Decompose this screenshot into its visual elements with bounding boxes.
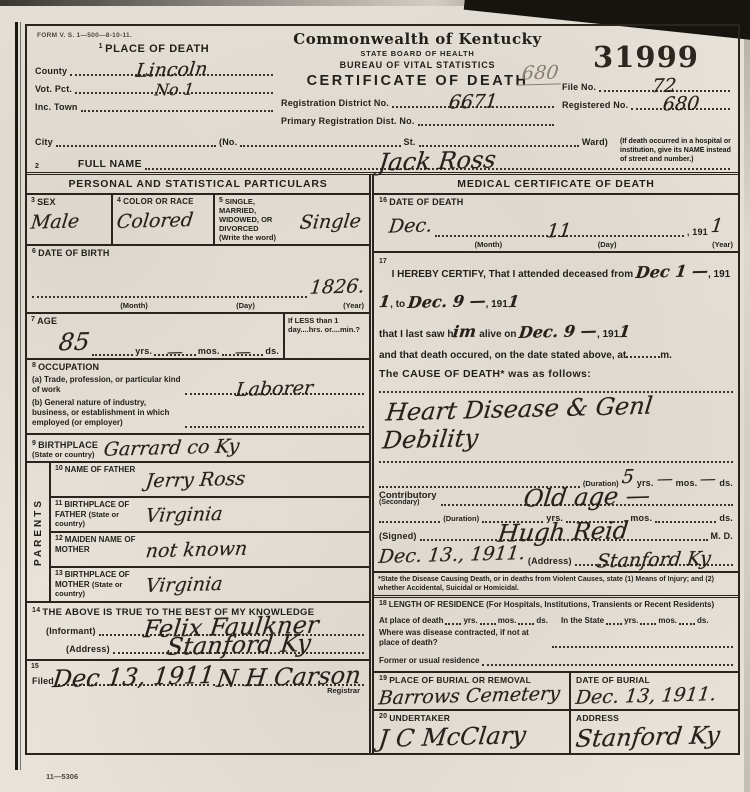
inc-town-label: Inc. Town [35, 102, 78, 112]
dotted-line: — [154, 341, 196, 356]
dob-line: 1826. [32, 276, 364, 298]
former-residence-row: Former or usual residence [379, 651, 733, 666]
city-st-label: St. [404, 137, 416, 147]
dotted-line [518, 613, 534, 625]
dotted-line: Stanford Ky [575, 551, 733, 566]
precinct-value: No 1 [153, 79, 194, 99]
undertaker-cell: 20UNDERTAKER J C McClary [374, 711, 569, 753]
dotted-line: Lincoln [70, 61, 273, 76]
section-number: 19 [379, 675, 387, 682]
former-residence-label: Former or usual residence [379, 656, 479, 666]
informant-section: 14THE ABOVE IS TRUE TO THE BEST OF MY KN… [27, 603, 369, 661]
age-line: 85 yrs. — mos. — ds. [31, 328, 279, 356]
spacer [148, 301, 236, 310]
date-of-death-row: 16DATE OF DEATH Dec. 11 , 191 1 (Month) … [374, 195, 738, 253]
dotted-line: 680 [631, 95, 730, 110]
dotted-line [32, 283, 307, 298]
dotted-line [81, 97, 273, 112]
certificate-serial-number: 31999 [562, 40, 730, 74]
md-label: M. D. [711, 531, 734, 541]
mother-birthplace-cell: Virginia [146, 568, 369, 601]
contributory-row: Contributory (Secondary) Old age — [379, 490, 733, 506]
form-header: FORM V. S. 1—500—8-10-11. 1PLACE OF DEAT… [27, 26, 738, 170]
father-name-label: 10NAME OF FATHER [51, 463, 146, 496]
scan-artifact-right-edge [744, 0, 750, 792]
mos-label: mos. [658, 616, 677, 625]
dotted-line [655, 508, 716, 523]
signed-date-value: Dec. 13., 1911. [377, 542, 526, 568]
marital-cell: 5SINGLE, MARRIED, WIDOWED, OR DIVORCED (… [215, 195, 369, 244]
spacer [617, 240, 713, 249]
registered-no-label: Registered No. [562, 100, 628, 110]
dotted-line [482, 651, 733, 666]
father-name-cell: Jerry Ross [146, 463, 369, 496]
dotted-line [379, 508, 440, 523]
birthplace-labels: 9BIRTHPLACE (State or country) [32, 440, 98, 459]
signed-address-value: Stanford Ky [596, 548, 713, 573]
contributory-value: Old age — [522, 481, 651, 512]
dotted-line [640, 613, 656, 625]
registration-district-row: Registration District No. 6671 [281, 93, 554, 108]
place-of-death-label: PLACE OF DEATH [105, 43, 209, 55]
birthplace-row: 9BIRTHPLACE (State or country) Garrard c… [27, 435, 369, 463]
section-number: 5 [219, 197, 223, 204]
dotted-line [419, 132, 579, 147]
section-number: 6 [32, 248, 36, 255]
day-label: (Day) [236, 301, 255, 310]
contributory-labels: Contributory (Secondary) [379, 490, 437, 506]
mother-birthplace-label: 13BIRTHPLACE OF MOTHER (State or country… [51, 568, 146, 601]
in-the-state-item: In the State yrs. mos. ds. [561, 613, 733, 625]
disease-contracted-label: Where was disease contracted, if not at … [379, 628, 549, 648]
dotted-line: Old age — [441, 491, 733, 506]
race-cell: 4COLOR OR RACE Colored [113, 195, 215, 244]
father-birthplace-value: Virginia [145, 503, 224, 527]
last-saw-mid: alive on [479, 329, 516, 340]
place-of-burial-cell: 19PLACE OF BURIAL OR REMOVAL Barrows Cem… [374, 673, 569, 709]
medical-certificate-title: MEDICAL CERTIFICATE OF DEATH [374, 175, 738, 195]
informant-address-value: Stanford Ky [165, 629, 312, 661]
dotted-line: No 1 [75, 79, 273, 94]
parents-fields: 10NAME OF FATHER Jerry Ross 11BIRTHPLACE… [51, 463, 369, 601]
dotted-line [445, 613, 461, 625]
mos-label: mos. [630, 513, 652, 523]
dotted-line [552, 633, 733, 648]
section-number: 2 [35, 163, 39, 170]
certification-text: 17 I HEREBY CERTIFY, That I attended dec… [379, 255, 733, 366]
section-number: 9 [32, 440, 36, 447]
year-printed: , 191 [486, 299, 508, 310]
length-of-residence-section: 18LENGTH OF RESIDENCE (For Hospitals, In… [374, 598, 738, 673]
filed-line: Filed Dec 13, 1911 N H Carson [32, 671, 364, 686]
header-grid: FORM V. S. 1—500—8-10-11. 1PLACE OF DEAT… [35, 30, 730, 129]
father-birthplace-row: 11BIRTHPLACE OF FATHER (State or country… [51, 498, 369, 533]
signed-label: (Signed) [379, 531, 417, 541]
form-number-note: FORM V. S. 1—500—8-10-11. [37, 32, 273, 39]
race-value: Colored [116, 209, 195, 233]
last-saw-pre: that I last saw h [379, 329, 453, 340]
city-ward-label: Ward) [582, 137, 608, 147]
age-label: 7AGE [31, 316, 279, 326]
at-place-label: At place of death [379, 616, 443, 625]
section-number: 4 [117, 197, 121, 204]
certificate-form: FORM V. S. 1—500—8-10-11. 1PLACE OF DEAT… [25, 24, 740, 755]
dotted-line [240, 132, 400, 147]
scan-artifact-left-edge [15, 22, 18, 770]
ds-label: ds. [719, 478, 733, 488]
parents-side-label: PARENTS [27, 463, 51, 601]
dotted-line: Dec 13, 1911 [58, 671, 209, 686]
dotted-line: N H Carson [213, 671, 364, 686]
header-left: FORM V. S. 1—500—8-10-11. 1PLACE OF DEAT… [35, 30, 273, 129]
mother-name-cell: not known [146, 533, 369, 566]
day-label: (Day) [598, 240, 617, 249]
occupation-label: 8OCCUPATION [32, 362, 364, 372]
signed-date-address-row: Dec. 13., 1911. (Address) Stanford Ky [379, 544, 733, 566]
at-place-of-death-item: At place of death yrs. mos. ds. [379, 613, 551, 625]
mother-name-value: not known [145, 537, 249, 562]
filed-date-value: Dec 13, 1911 [51, 661, 216, 693]
mother-birthplace-value: Virginia [145, 573, 224, 597]
registrar-signature: N H Carson [215, 661, 362, 693]
month-label: (Month) [475, 240, 502, 249]
last-year-suffix: 1 [617, 315, 632, 349]
spacer [255, 301, 343, 310]
dotted-line [606, 613, 622, 625]
signed-address-label: (Address) [528, 556, 572, 566]
undertaker-address-cell: ADDRESS Stanford Ky [569, 711, 738, 753]
age-months-dash: — [166, 342, 184, 361]
certificate-title: CERTIFICATE OF DEATH [307, 73, 529, 89]
death-day-value: 11 [546, 220, 573, 243]
informant-label: (Informant) [46, 626, 96, 636]
signed-row: (Signed) Hugh Reid M. D. [379, 526, 733, 541]
county-row: County Lincoln [35, 61, 273, 76]
informant-address-label: (Address) [66, 644, 110, 654]
primary-registration-label: Primary Registration Dist. No. [281, 116, 415, 126]
age-less-than-day-note: If LESS than 1 day....hrs. or....min.? [283, 314, 369, 358]
death-month-value: Dec. [388, 214, 434, 237]
attended-from-value: Dec 1 — [634, 254, 710, 289]
dotted-line: Hugh Reid [420, 526, 708, 541]
file-no-row: File No. 72 [562, 77, 730, 92]
date-of-death-line: Dec. 11 , 191 1 [379, 215, 733, 237]
dob-value: 1826. [308, 275, 365, 298]
dotted-line [480, 613, 496, 625]
occupation-a-label: (a) Trade, profession, or particular kin… [32, 375, 182, 395]
filed-section: 15 Filed Dec 13, 1911 N H Carson Registr… [27, 661, 369, 699]
dotted-line [679, 613, 695, 625]
race-label: 4COLOR OR RACE [117, 197, 209, 206]
registered-no-row: Registered No. 680 [562, 95, 730, 110]
last-saw-value: Dec. 9 — [517, 314, 599, 350]
place-of-burial-value: Barrows Cemetery [377, 683, 561, 710]
mother-name-row: 12MAIDEN NAME OF MOTHER not known [51, 533, 369, 568]
birthplace-label: 9BIRTHPLACE [32, 440, 98, 450]
duration-label: (Duration) [443, 514, 479, 523]
bureau-subtitle: BUREAU OF VITAL STATISTICS [281, 60, 554, 70]
personal-particulars-title: PERSONAL AND STATISTICAL PARTICULARS [27, 175, 369, 195]
certification-section: 17 I HEREBY CERTIFY, That I attended dec… [374, 253, 738, 573]
city-label: City [35, 137, 53, 147]
dob-sublabels: (Month) (Day) (Year) [32, 301, 364, 310]
informant-address-row: (Address) Stanford Ky [66, 639, 364, 654]
registration-district-label: Registration District No. [281, 98, 389, 108]
full-name-label: FULL NAME [78, 158, 142, 170]
undertaker-address-value: Stanford Ky [574, 721, 721, 753]
section-number: 16 [379, 197, 387, 204]
spacer [379, 240, 475, 249]
place-of-death-heading: 1PLACE OF DEATH [35, 43, 273, 55]
father-birthplace-label: 11BIRTHPLACE OF FATHER (State or country… [51, 498, 146, 531]
section-number: 13 [55, 570, 63, 577]
residence-label: 18LENGTH OF RESIDENCE (For Hospitals, In… [379, 600, 733, 610]
section-number: 10 [55, 465, 63, 472]
registration-district-value: 6671 [447, 90, 498, 113]
dotted-line [185, 413, 364, 428]
yrs-label: yrs. [135, 346, 152, 356]
age-value: 85 [57, 328, 91, 357]
year-label: (Year) [712, 240, 733, 249]
certificate-title-row: CERTIFICATE OF DEATH 680 [281, 72, 554, 90]
mos-label: mos. [676, 478, 698, 488]
year-label: (Year) [343, 301, 364, 310]
main-body: PERSONAL AND STATISTICAL PARTICULARS 3SE… [27, 172, 738, 753]
birthplace-hint: (State or country) [32, 450, 98, 459]
section-number: 17 [379, 258, 387, 265]
medical-certificate-column: MEDICAL CERTIFICATE OF DEATH 16DATE OF D… [374, 175, 738, 753]
mother-birthplace-row: 13BIRTHPLACE OF MOTHER (State or country… [51, 568, 369, 601]
certify-intro: I HEREBY CERTIFY, That I attended deceas… [392, 269, 634, 280]
form-code: 11—5306 [46, 772, 78, 781]
duration-ds-dash: — [699, 469, 717, 488]
dotted-line [379, 453, 733, 463]
date-of-burial-cell: DATE OF BURIAL Dec. 13, 1911. [569, 673, 738, 709]
dob-label: 6DATE OF BIRTH [32, 248, 364, 258]
marital-label: 5SINGLE, MARRIED, WIDOWED, OR DIVORCED [219, 197, 277, 233]
occupation-a-line: (a) Trade, profession, or particular kin… [32, 375, 364, 395]
section-number: 12 [55, 535, 63, 542]
father-name-row: 10NAME OF FATHER Jerry Ross [51, 463, 369, 498]
dotted-line: 6671 [392, 93, 554, 108]
section-number: 7 [31, 316, 35, 323]
state-board-subtitle: STATE BOARD OF HEALTH [281, 49, 554, 58]
scan-artifact-left-edge-2 [20, 22, 21, 770]
ds-label: ds. [536, 616, 548, 625]
dotted-line [626, 346, 660, 358]
year-printed: , 191 [708, 269, 730, 280]
scanned-death-certificate: FORM V. S. 1—500—8-10-11. 1PLACE OF DEAT… [0, 0, 750, 792]
yrs-label: yrs. [624, 616, 638, 625]
marital-hint: (Write the word) [219, 233, 277, 242]
birthplace-line: 9BIRTHPLACE (State or country) Garrard c… [32, 437, 364, 459]
section-number: 20 [379, 713, 387, 720]
dotted-line [56, 132, 216, 147]
age-days-dash: — [233, 342, 251, 361]
in-state-label: In the State [561, 616, 604, 625]
him-handwritten: im [452, 315, 479, 349]
sex-cell: 3SEX Male [27, 195, 113, 244]
date-of-birth-row: 6DATE OF BIRTH 1826. (Month) (Day) (Year… [27, 246, 369, 314]
sex-value: Male [30, 210, 81, 233]
mother-name-label: 12MAIDEN NAME OF MOTHER [51, 533, 146, 566]
section-number: 11 [55, 500, 62, 507]
commonwealth-title: Commonwealth of Kentucky [281, 30, 554, 48]
section-number: 3 [31, 197, 35, 204]
death-year-printed: , 191 [687, 227, 708, 237]
to-label: , to [390, 299, 405, 310]
precinct-label: Vot. Pct. [35, 84, 72, 94]
ds-label: ds. [697, 616, 709, 625]
to-year-suffix: 1 [506, 285, 521, 319]
header-center: Commonwealth of Kentucky STATE BOARD OF … [281, 30, 554, 129]
yrs-label: yrs. [463, 616, 477, 625]
mos-label: mos. [198, 346, 220, 356]
personal-particulars-column: PERSONAL AND STATISTICAL PARTICULARS 3SE… [27, 175, 369, 753]
father-name-value: Jerry Ross [145, 467, 247, 492]
dotted-line: — [222, 341, 264, 356]
cause-of-death-value: Heart Disease & Genl Debility [381, 389, 737, 454]
sex-label: 3SEX [31, 197, 107, 207]
death-year-suffix: 1 [710, 215, 725, 237]
header-right: 31999 File No. 72 Registered No. 680 [562, 30, 730, 129]
registered-no-value: 680 [661, 93, 700, 116]
dotted-line: 11 [435, 222, 684, 237]
violent-causes-footnote: *State the Disease Causing Death, or in … [374, 573, 738, 598]
county-label: County [35, 66, 67, 76]
primary-registration-row: Primary Registration Dist. No. [281, 111, 554, 126]
file-no-label: File No. [562, 82, 596, 92]
undertaker-value: J C McClary [377, 721, 527, 753]
from-year-suffix: 1 [377, 285, 392, 319]
spacer [32, 301, 120, 310]
section-number: 8 [32, 362, 36, 369]
birthplace-value: Garrard co Ky [103, 435, 241, 461]
filed-label: Filed [32, 676, 54, 686]
dotted-line: Laborer [185, 380, 364, 395]
section-number: 1 [99, 43, 104, 50]
full-name-value: Jack Ross [377, 145, 497, 176]
father-birthplace-cell: Virginia [146, 498, 369, 531]
month-label: (Month) [120, 301, 147, 310]
occupation-row: 8OCCUPATION (a) Trade, profession, or pa… [27, 360, 369, 435]
section-number: 18 [379, 600, 387, 607]
death-occurred-suffix: m. [660, 350, 672, 361]
year-printed: , 191 [597, 329, 619, 340]
hospital-instruction-note: (If death occurred in a hospital or inst… [620, 138, 732, 164]
date-of-death-label: 16DATE OF DEATH [379, 197, 733, 207]
occupation-a-value: Laborer [235, 377, 315, 401]
dotted-line [92, 341, 134, 356]
certificate-number-handwritten: 680 [516, 61, 563, 85]
undertaker-row: 20UNDERTAKER J C McClary ADDRESS Stanfor… [374, 711, 738, 753]
disease-contracted-row: Where was disease contracted, if not at … [379, 628, 733, 648]
section-number: 15 [31, 663, 39, 670]
cause-of-death-label: The CAUSE OF DEATH* was as follows: [379, 368, 733, 380]
city-no-label: (No. [219, 137, 237, 147]
duration-mos-dash: — [655, 469, 673, 488]
date-of-burial-value: Dec. 13, 1911. [575, 683, 718, 709]
dotted-line [418, 111, 554, 126]
section-number: 14 [32, 607, 40, 614]
ds-label: ds. [265, 346, 279, 356]
occupation-b-label: (b) General nature of industry, business… [32, 398, 182, 428]
parents-section: PARENTS 10NAME OF FATHER Jerry Ross 11BI… [27, 463, 369, 603]
marital-value: Single [299, 210, 363, 234]
ds-label: ds. [719, 513, 733, 523]
mos-label: mos. [498, 616, 517, 625]
age-row: 7AGE 85 yrs. — mos. — ds. If LESS than 1… [27, 314, 369, 360]
county-value: Lincoln [135, 58, 209, 82]
age-cell: 7AGE 85 yrs. — mos. — ds. [27, 314, 283, 358]
residence-duration-row: At place of death yrs. mos. ds. In the S… [379, 613, 733, 625]
burial-row: 19PLACE OF BURIAL OR REMOVAL Barrows Cem… [374, 673, 738, 711]
death-occurred-line: and that death occured, on the date stat… [379, 350, 626, 361]
dotted-line: 72 [599, 77, 730, 92]
occupation-b-line: (b) General nature of industry, business… [32, 398, 364, 428]
sex-race-marital-row: 3SEX Male 4COLOR OR RACE Colored 5SINGLE… [27, 195, 369, 246]
